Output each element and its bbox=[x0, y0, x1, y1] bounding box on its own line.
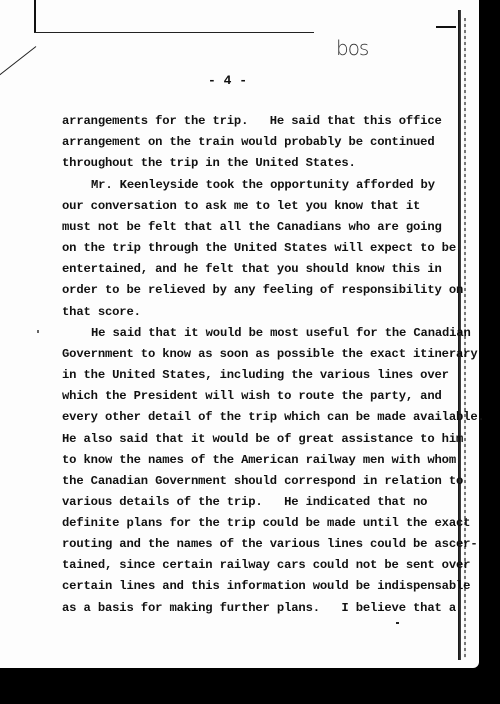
scan-top-rule bbox=[34, 32, 314, 33]
text-line: routing and the names of the various lin… bbox=[62, 537, 478, 551]
document-page: bos - 4 - arrangements for the trip. He … bbox=[0, 0, 479, 668]
text-line: arrangement on the train would probably … bbox=[62, 135, 435, 149]
text-line: certain lines and this information would… bbox=[62, 579, 470, 593]
handwritten-annotation: bos bbox=[336, 36, 368, 60]
text-line: order to be relieved by any feeling of r… bbox=[62, 283, 463, 297]
scan-edge-mark bbox=[34, 0, 36, 33]
text-line: He also said that it would be of great a… bbox=[62, 432, 463, 446]
text-line: the Canadian Government should correspon… bbox=[62, 474, 463, 488]
text-line: various details of the trip. He indicate… bbox=[62, 495, 427, 509]
text-line: which the President will wish to route t… bbox=[62, 389, 442, 403]
scan-corner-fold bbox=[0, 46, 36, 78]
text-line: Government to know as soon as possible t… bbox=[62, 347, 478, 361]
stray-mark bbox=[396, 622, 399, 624]
text-line: He said that it would be most useful for… bbox=[91, 326, 471, 340]
scan-tab-mark bbox=[436, 26, 456, 28]
text-line: as a basis for making further plans. I b… bbox=[62, 601, 456, 615]
page-number: - 4 - bbox=[208, 73, 247, 88]
text-line: entertained, and he felt that you should… bbox=[62, 262, 442, 276]
text-line: must not be felt that all the Canadians … bbox=[62, 220, 442, 234]
text-line: to know the names of the American railwa… bbox=[62, 453, 456, 467]
text-line: on the trip through the United States wi… bbox=[62, 241, 456, 255]
text-line: throughout the trip in the United States… bbox=[62, 156, 356, 170]
text-line: Mr. Keenleyside took the opportunity aff… bbox=[91, 178, 435, 192]
text-line: arrangements for the trip. He said that … bbox=[62, 114, 442, 128]
text-line: tained, since certain railway cars could… bbox=[62, 558, 470, 572]
text-line: our conversation to ask me to let you kn… bbox=[62, 199, 420, 213]
text-line: every other detail of the trip which can… bbox=[62, 410, 485, 424]
text-line: definite plans for the trip could be mad… bbox=[62, 516, 470, 530]
margin-mark bbox=[37, 330, 39, 333]
text-line: that score. bbox=[62, 305, 141, 319]
text-line: in the United States, including the vari… bbox=[62, 368, 449, 382]
